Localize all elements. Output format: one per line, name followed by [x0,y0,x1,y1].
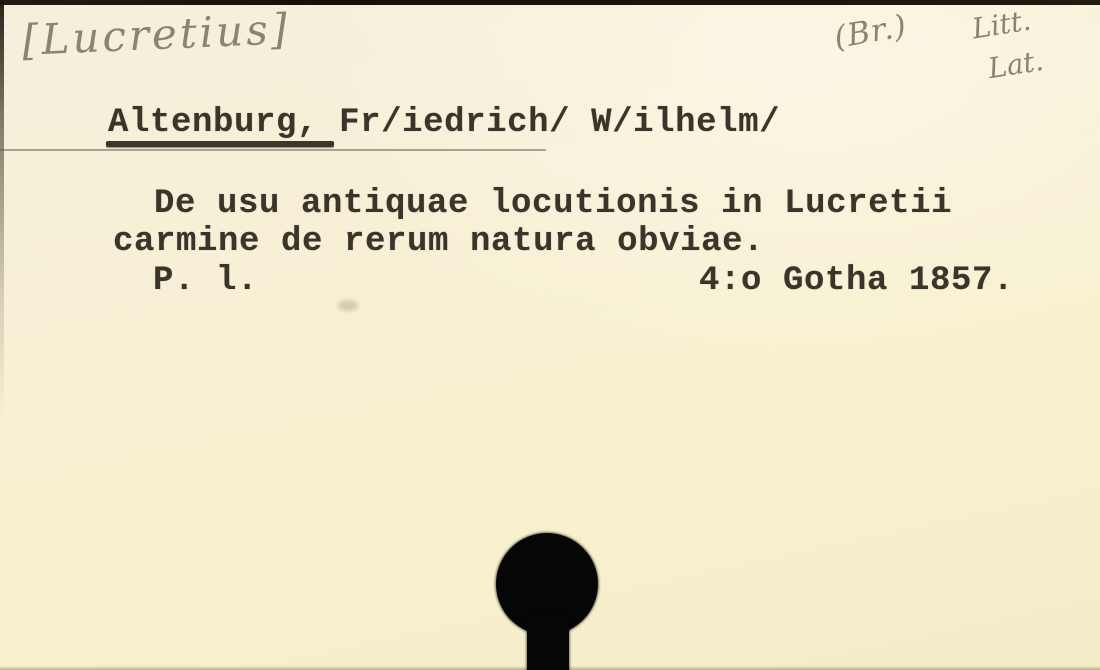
scanned-catalog-card-page: [Lucretius] (Br.) Litt. Lat. Altenburg, … [0,0,1100,670]
author-forenames: Fr/iedrich/ W/ilhelm/ [339,104,780,142]
punch-hole-stem [527,612,569,670]
card-top-edge [0,0,1100,5]
handwritten-classification-line1: Litt. [970,4,1033,46]
title-line-1: De usu antiquae locutionis in Lucretii [154,185,952,223]
imprint-format-place-year: 4:o Gotha 1857. [699,262,1014,300]
pagination-note: P. l. [153,262,258,300]
heading-underline [106,141,334,147]
heading-line: Altenburg, Fr/iedrich/ W/ilhelm/ [108,104,780,142]
handwritten-classification-line2: Lat. [986,44,1046,85]
handwritten-sigla: (Br.) [831,8,909,56]
catalog-card: [Lucretius] (Br.) Litt. Lat. Altenburg, … [0,0,1100,670]
handwritten-author-tag: [Lucretius] [21,4,291,65]
paper-smudge [338,300,358,311]
card-left-edge [0,0,4,420]
title-line-2: carmine de rerum natura obviae. [113,223,764,261]
author-surname: Altenburg, [108,104,318,142]
pencil-rule-line [0,149,546,151]
